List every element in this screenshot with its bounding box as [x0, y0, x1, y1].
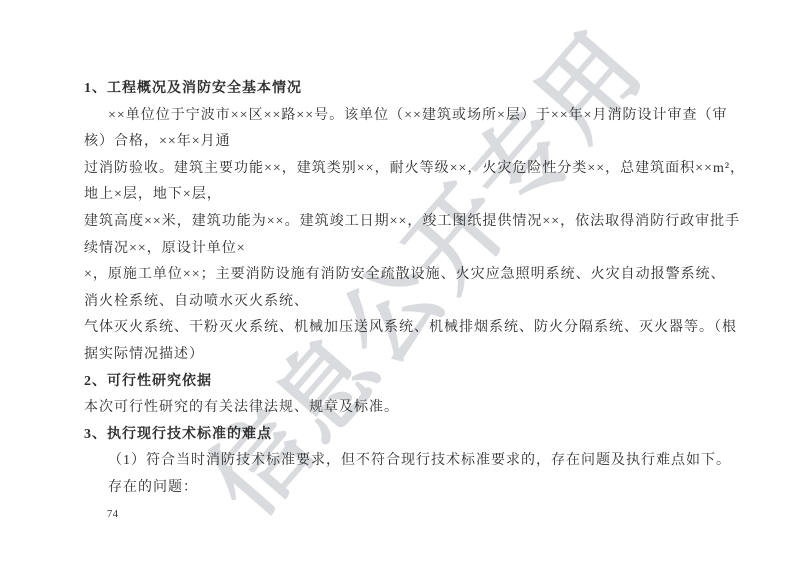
body-line: ×，原施工单位××；主要消防设施有消防安全疏散设施、火灾应急照明系统、火灾自动报…	[84, 262, 744, 289]
body-line: 续情况××，原设计单位×	[84, 236, 744, 263]
body-line: （1）符合当时消防技术标准要求，但不符合现行技术标准要求的，存在问题及执行难点如…	[84, 448, 744, 475]
body-line: 建筑高度××米，建筑功能为××。建筑竣工日期××，竣工图纸提供情况××，依法取得…	[84, 209, 744, 236]
section-heading-2: 2、可行性研究依据	[84, 369, 744, 396]
section-heading-1: 1、工程概况及消防安全基本情况	[84, 76, 744, 103]
section-heading-3: 3、执行现行技术标准的难点	[84, 422, 744, 449]
body-line: 地上×层，地下×层，	[84, 182, 744, 209]
document-page: 信息公开专用 1、工程概况及消防安全基本情况 ××单位位于宁波市××区××路××…	[0, 0, 799, 565]
body-line: 据实际情况描述）	[84, 342, 744, 369]
body-line: 核）合格，××年×月通	[84, 129, 744, 156]
body-line: 气体灭火系统、干粉灭火系统、机械加压送风系统、机械排烟系统、防火分隔系统、灭火器…	[84, 315, 744, 342]
body-line: 过消防验收。建筑主要功能××，建筑类别××，耐火等级××，火灾危险性分类××，总…	[84, 156, 744, 183]
body-line: 本次可行性研究的有关法律法规、规章及标准。	[84, 395, 744, 422]
page-number: 74	[107, 509, 119, 520]
body-line: 消火栓系统、自动喷水灭火系统、	[84, 289, 744, 316]
body-line: ××单位位于宁波市××区××路××号。该单位（××建筑或场所×层）于××年×月消…	[84, 103, 744, 130]
document-content: 1、工程概况及消防安全基本情况 ××单位位于宁波市××区××路××号。该单位（×…	[84, 76, 744, 502]
body-line: 存在的问题：	[84, 475, 744, 502]
